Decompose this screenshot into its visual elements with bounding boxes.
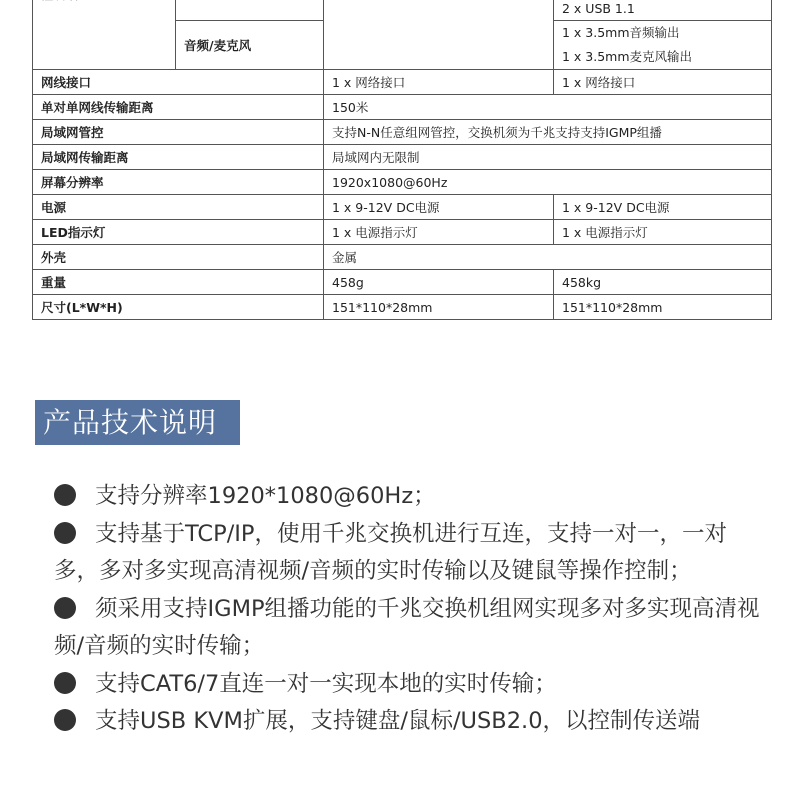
- spec-value-alt: 1 x 电源指示灯: [554, 220, 772, 245]
- bullet-icon: [54, 484, 76, 506]
- mic-output-line: 1 x 3.5mm麦克风输出: [562, 45, 763, 69]
- list-item: 支持基于TCP/IP，使用千兆交换机进行互连，支持一对一，一对多，多对多实现高清…: [54, 516, 766, 591]
- spec-value: 支持N-N任意组网管控，交换机须为千兆支持支持IGMP组播: [324, 120, 772, 145]
- spec-value: 150米: [324, 95, 772, 120]
- spec-label: 外壳: [33, 245, 324, 270]
- spec-value-alt: 1 x 9-12V DC电源: [554, 195, 772, 220]
- table-row: 局域网传输距离 局域网内无限制: [33, 145, 772, 170]
- list-item: 须采用支持IGMP组播功能的千兆交换机组网实现多对多实现高清视频/音频的实时传输…: [54, 591, 766, 666]
- spec-label: 局域网传输距离: [33, 145, 324, 170]
- spec-label: 重量: [33, 270, 324, 295]
- list-item: 支持分辨率1920*1080@60Hz；: [54, 478, 766, 516]
- spec-value-alt: 151*110*28mm: [554, 295, 772, 320]
- table-row: 电源 1 x 9-12V DC电源 1 x 9-12V DC电源: [33, 195, 772, 220]
- feature-text: 支持基于TCP/IP，使用千兆交换机进行互连，支持一对一，一对多，多对多实现高清…: [54, 521, 727, 585]
- spec-value-alt: 1 x 网络接口: [554, 70, 772, 95]
- spec-label: 电源: [33, 195, 324, 220]
- spec-label: 局域网管控: [33, 120, 324, 145]
- table-row: 尺寸(L*W*H) 151*110*28mm 151*110*28mm: [33, 295, 772, 320]
- spec-value: 局域网内无限制: [324, 145, 772, 170]
- table-row: 单对单网线传输距离 150米: [33, 95, 772, 120]
- spec-value: 151*110*28mm: [324, 295, 554, 320]
- table-row: 网线接口 1 x 网络接口 1 x 网络接口: [33, 70, 772, 95]
- section-title: 产品技术说明: [35, 400, 240, 445]
- feature-text: 须采用支持IGMP组播功能的千兆交换机组网实现多对多实现高清视频/音频的实时传输…: [54, 596, 760, 660]
- spec-label: 控制端口: [33, 0, 176, 70]
- spec-sublabel: 音频/麦克风: [176, 21, 324, 70]
- feature-text: 支持CAT6/7直连一对一实现本地的实时传输；: [95, 671, 557, 697]
- list-item: 支持USB KVM扩展，支持键盘/鼠标/USB2.0，以控制传送端: [54, 703, 766, 741]
- spec-label: 尺寸(L*W*H): [33, 295, 324, 320]
- bullet-icon: [54, 672, 76, 694]
- spec-label: LED指示灯: [33, 220, 324, 245]
- table-row: 外壳 金属: [33, 245, 772, 270]
- feature-list: 支持分辨率1920*1080@60Hz； 支持基于TCP/IP，使用千兆交换机进…: [54, 478, 766, 741]
- spec-value-alt: 1 x 3.5mm音频输出 1 x 3.5mm麦克风输出: [554, 21, 772, 70]
- table-row-control-port: 控制端口 - 2 x USB 1.1: [33, 0, 772, 21]
- spec-value: 1 x 网络接口: [324, 70, 554, 95]
- spec-sublabel: [176, 0, 324, 21]
- spec-table: 控制端口 - 2 x USB 1.1 音频/麦克风 1 x 3.5mm音频输出 …: [32, 0, 772, 320]
- bullet-icon: [54, 597, 76, 619]
- spec-label: 单对单网线传输距离: [33, 95, 324, 120]
- table-row: 局域网管控 支持N-N任意组网管控，交换机须为千兆支持支持IGMP组播: [33, 120, 772, 145]
- bullet-icon: [54, 522, 76, 544]
- spec-label: 网线接口: [33, 70, 324, 95]
- spec-label: 屏幕分辨率: [33, 170, 324, 195]
- table-row: LED指示灯 1 x 电源指示灯 1 x 电源指示灯: [33, 220, 772, 245]
- spec-value: 1920x1080@60Hz: [324, 170, 772, 195]
- bullet-icon: [54, 709, 76, 731]
- list-item: 支持CAT6/7直连一对一实现本地的实时传输；: [54, 666, 766, 704]
- table-row: 重量 458g 458kg: [33, 270, 772, 295]
- spec-value-alt: 2 x USB 1.1: [554, 0, 772, 21]
- feature-text: 支持USB KVM扩展，支持键盘/鼠标/USB2.0，以控制传送端: [95, 708, 700, 734]
- spec-value: 458g: [324, 270, 554, 295]
- table-row: 屏幕分辨率 1920x1080@60Hz: [33, 170, 772, 195]
- feature-text: 支持分辨率1920*1080@60Hz；: [95, 483, 436, 509]
- spec-value: 1 x 9-12V DC电源: [324, 195, 554, 220]
- spec-value-alt: 458kg: [554, 270, 772, 295]
- audio-output-line: 1 x 3.5mm音频输出: [562, 21, 763, 45]
- spec-value: -: [324, 0, 554, 70]
- spec-value: 金属: [324, 245, 772, 270]
- spec-value: 1 x 电源指示灯: [324, 220, 554, 245]
